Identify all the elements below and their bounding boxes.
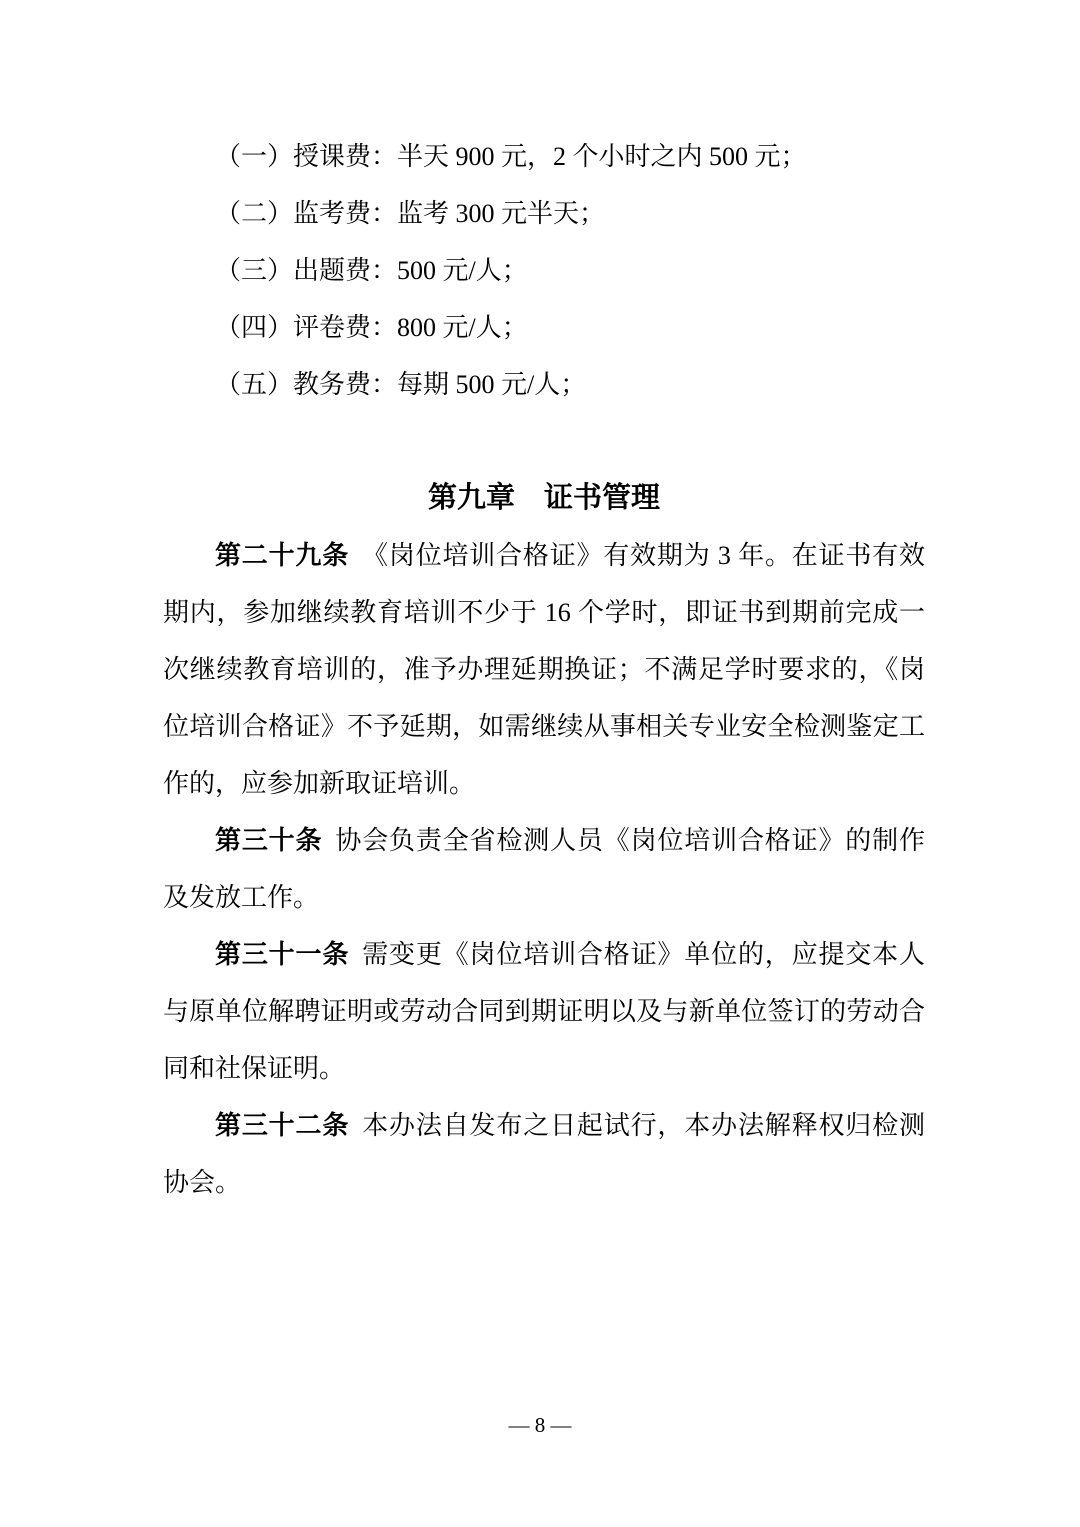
article-32-number: 第三十二条 xyxy=(215,1111,349,1140)
fee-list-item-2: （二）监考费：监考 300 元半天； xyxy=(163,185,925,242)
chapter-heading: 第九章 证书管理 xyxy=(163,470,925,527)
article-31-number: 第三十一条 xyxy=(215,940,349,969)
fee-list-item-4: （四）评卷费：800 元/人； xyxy=(163,299,925,356)
fee-list-item-1: （一）授课费：半天 900 元，2 个小时之内 500 元； xyxy=(163,128,925,185)
article-30-paragraph: 第三十条协会负责全省检测人员《岗位培训合格证》的制作及发放工作。 xyxy=(163,812,925,926)
page-number: — 8 — xyxy=(0,1410,1080,1440)
article-31-paragraph: 第三十一条需变更《岗位培训合格证》单位的，应提交本人与原单位解聘证明或劳动合同到… xyxy=(163,926,925,1097)
fee-list-item-3: （三）出题费：500 元/人； xyxy=(163,242,925,299)
document-page: （一）授课费：半天 900 元，2 个小时之内 500 元； （二）监考费：监考… xyxy=(0,0,1080,1527)
article-29-text: 《岗位培训合格证》有效期为 3 年。在证书有效期内，参加继续教育培训不少于 16… xyxy=(163,541,925,798)
article-32-paragraph: 第三十二条本办法自发布之日起试行，本办法解释权归检测协会。 xyxy=(163,1097,925,1211)
article-29-number: 第二十九条 xyxy=(215,541,349,570)
fee-list-item-5: （五）教务费：每期 500 元/人； xyxy=(163,356,925,413)
document-body: （一）授课费：半天 900 元，2 个小时之内 500 元； （二）监考费：监考… xyxy=(163,128,925,1211)
article-29-paragraph: 第二十九条《岗位培训合格证》有效期为 3 年。在证书有效期内，参加继续教育培训不… xyxy=(163,527,925,812)
blank-line xyxy=(163,413,925,470)
article-30-number: 第三十条 xyxy=(215,826,322,855)
